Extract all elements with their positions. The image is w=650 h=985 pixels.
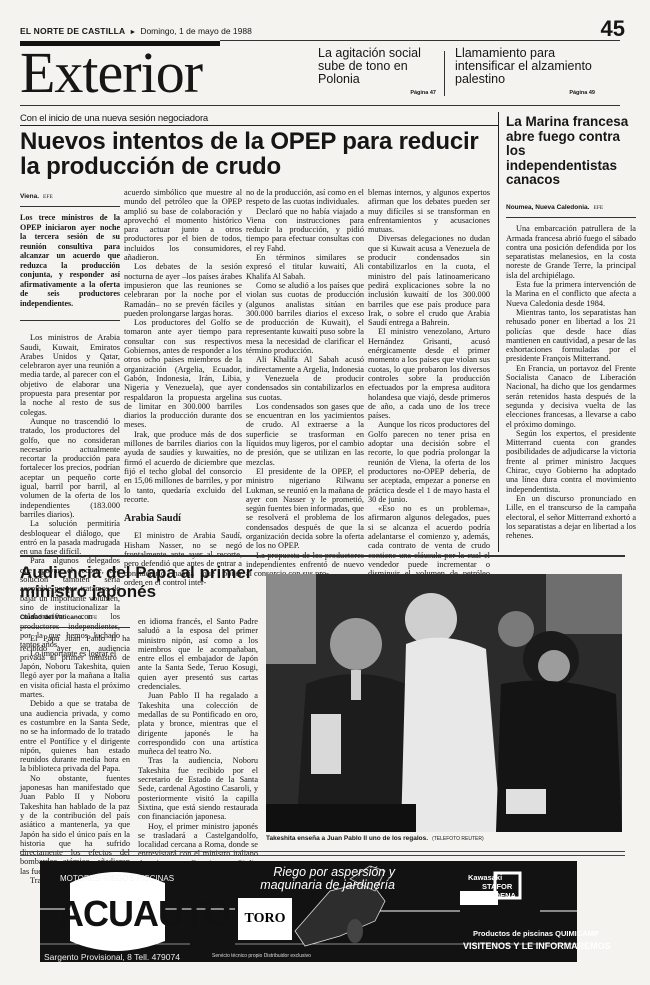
paragraph: no de la producción, así como en el resp…: [246, 188, 364, 207]
dateline: Noumea, Nueva Caledonia.: [506, 204, 589, 211]
section-divider: [20, 555, 625, 557]
divider: [20, 105, 620, 106]
paragraph: Aunque no trascendió lo tratado, los pro…: [20, 417, 120, 519]
paragraph: en idioma francés, el Santo Padre saludó…: [138, 617, 258, 691]
teaser-palestine[interactable]: Llamamiento para intensificar el alzamie…: [455, 47, 595, 100]
article-column-3: no de la producción, así como en el resp…: [246, 188, 364, 578]
ad-address: Sargento Provisional, 8 Tell. 479074: [44, 952, 180, 962]
paragraph: Los productores del Golfo se tomaron ant…: [124, 318, 242, 430]
paragraph: Declaró que no había viajado a Viena con…: [246, 207, 364, 253]
teaser-text: La agitación social sube de tono en Polo…: [318, 46, 421, 86]
story-kicker: Con el inicio de una nueva sesión negoci…: [20, 113, 208, 124]
photo-credit: (TELEFOTO REUTER): [432, 836, 484, 842]
divider: [220, 40, 620, 41]
dateline: Ciudad del Vaticano.: [20, 614, 84, 621]
paragraph: Una embarcación patrullera de la Armada …: [506, 224, 636, 280]
bullet-icon: ►: [129, 29, 136, 36]
byline: Noumea, Nueva Caledonia.EFE: [506, 203, 636, 218]
ad-slogan: Riego por aspersión y maquinaria de jard…: [225, 866, 395, 892]
page-number: 45: [601, 16, 625, 42]
story2-headline: Audiencia del Papa al primer ministro ja…: [20, 564, 260, 601]
sidebar-headline: La Marina francesa abre fuego contra los…: [506, 115, 636, 188]
toro-logo: TORO: [238, 898, 292, 940]
ad-products: Productos de piscinas QUIMICAMP: [473, 929, 599, 938]
paragraph: Según los expertos, el presidente Mitter…: [506, 429, 636, 494]
paragraph: El Papa Juan Pablo II ha recibido ayer e…: [20, 634, 130, 699]
photo-caption: Takeshita enseña a Juan Pablo II uno de …: [266, 835, 484, 842]
divider: [444, 51, 445, 96]
paragraph: Tras la audiencia, Noboru Takeshita fue …: [138, 756, 258, 821]
paragraph: Irak, que produce más de dos millones de…: [124, 430, 242, 504]
brand-gardena: GARDENA: [478, 891, 516, 900]
brand-stafor: STAFOR: [482, 882, 516, 891]
dateline: Viena.: [20, 193, 39, 200]
byline: Ciudad del Vaticano.EFE: [20, 613, 130, 628]
newspaper-dateline: EL NORTE DE CASTILLA►Domingo, 1 de mayo …: [20, 26, 252, 36]
teaser-page: Página 49: [455, 87, 595, 100]
teaser-page: Página 47: [318, 87, 436, 100]
paragraph: Aunque los ricos productores del Golfo p…: [368, 420, 490, 504]
paragraph: Debido a que se trataba de una audiencia…: [20, 699, 130, 773]
article-column-4: blemas internos, y algunos expertos afir…: [368, 188, 490, 588]
newspaper-name: EL NORTE DE CASTILLA: [20, 26, 125, 36]
paragraph: Juan Pablo II ha regalado a Takeshita un…: [138, 691, 258, 756]
paragraph: En un discurso pronunciado en Lille, en …: [506, 494, 636, 540]
divider: [20, 125, 498, 126]
article-column-2: acuerdo simbólico que muestre al mundo d…: [124, 188, 242, 587]
paragraph: Los debates de la sesión nocturna de aye…: [124, 262, 242, 318]
agency: EFE: [593, 205, 603, 211]
byline: Viena.EFE: [20, 192, 120, 207]
main-headline: Nuevos intentos de la OPEP para reducir …: [20, 129, 500, 179]
story2-column-2: en idioma francés, el Santo Padre saludó…: [138, 617, 258, 877]
subheading: Arabia Saudí: [124, 514, 242, 523]
issue-date: Domingo, 1 de mayo de 1988: [140, 26, 252, 36]
paragraph: Diversas delegaciones no dudan que si Ku…: [368, 234, 490, 327]
ad-brand-logo: ACUAUTO: [58, 893, 230, 935]
paragraph: El presidente de la OPEP, el ministro ni…: [246, 467, 364, 551]
photo-pope-takeshita: [266, 574, 622, 832]
paragraph: Los condensados son gases que se encuent…: [246, 402, 364, 467]
agency: EFE: [43, 194, 53, 200]
paragraph: blemas internos, y algunos expertos afir…: [368, 188, 490, 234]
news-photo: [266, 574, 622, 832]
paragraph: Ali Khalifa Al Sabah acusó indirectament…: [246, 355, 364, 401]
paragraph: En términos similares se expresó el titu…: [246, 253, 364, 281]
story2-column-1: Ciudad del Vaticano.EFE El Papa Juan Pab…: [20, 613, 130, 885]
column-divider: [498, 112, 499, 552]
paragraph: El ministro venezolano, Arturo Hernández…: [368, 327, 490, 420]
ad-tagline: MOTORES·RIEGOS·PISCINAS: [60, 874, 174, 883]
ad-service-text: Servicio técnico propio Distribuidor exc…: [212, 953, 311, 959]
paragraph: Esta fue la primera intervención de la M…: [506, 280, 636, 308]
paragraph: En Francia, un portavoz del Frente Socia…: [506, 364, 636, 429]
teaser-poland[interactable]: La agitación social sube de tono en Polo…: [318, 47, 436, 100]
article-lede: Los trece ministros de la OPEP iniciaron…: [20, 213, 120, 321]
paragraph: Mientras tanto, los separatistas han reh…: [506, 308, 636, 364]
teaser-text: Llamamiento para intensificar el alzamie…: [455, 46, 592, 86]
sidebar-article: Noumea, Nueva Caledonia.EFE Una embarcac…: [506, 203, 636, 540]
brand-kawasaki: Kawasaki: [468, 873, 516, 882]
section-title: Exterior: [20, 38, 202, 108]
paragraph: Los ministros de Arabia Saudi, Kuwait, E…: [20, 333, 120, 417]
ad-call-to-action: VISITENOS Y LE INFORMAREMOS: [463, 941, 611, 951]
ad-brand-list: Kawasaki STAFOR GARDENA: [460, 873, 516, 900]
agency: EFE: [88, 615, 98, 621]
paragraph: Como se aludió a los países que violan s…: [246, 281, 364, 355]
paragraph: acuerdo simbólico que muestre al mundo d…: [124, 188, 242, 262]
section-divider: [20, 851, 625, 856]
caption-text: Takeshita enseña a Juan Pablo II uno de …: [266, 835, 428, 842]
paragraph: La solución permitiría desbloquear el di…: [20, 519, 120, 556]
